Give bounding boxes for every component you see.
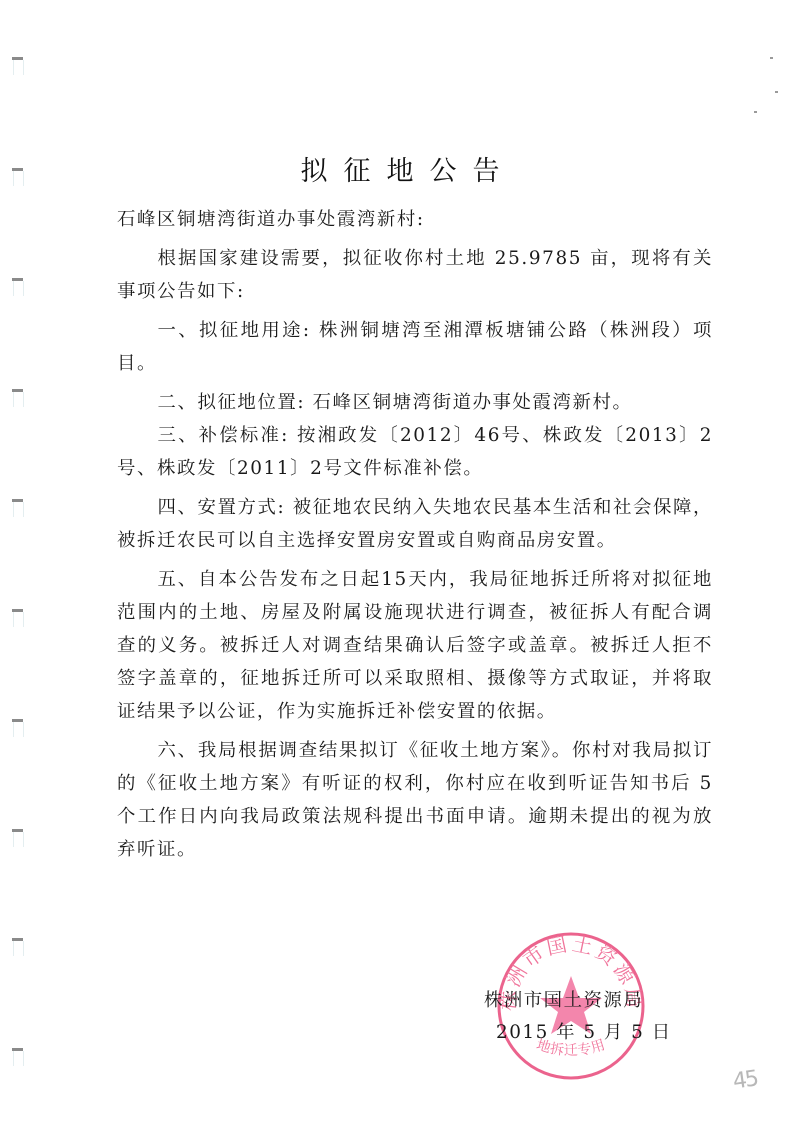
binding-margin-mark [12, 609, 23, 629]
document-title: 拟征地公告 [0, 149, 800, 188]
salutation: 石峰区铜塘湾街道办事处霞湾新村: [117, 203, 713, 236]
binding-margin-mark [12, 719, 23, 739]
signature-block: 株洲市国土资源局 2015 年 5 月 5 日 [484, 985, 672, 1049]
binding-margin-mark [12, 499, 23, 519]
binding-margin-mark [12, 57, 23, 77]
binding-margin-mark [12, 1048, 23, 1068]
binding-margin-mark [12, 278, 23, 298]
binding-margin-mark [12, 938, 23, 958]
paragraph-hearing: 六、我局根据调查结果拟订《征收土地方案》。你村对我局拟订的《征收土地方案》有听证… [117, 734, 713, 866]
paragraph-compensation: 三、补偿标准: 按湘政发〔2012〕46号、株政发〔2013〕2号、株政发〔20… [117, 419, 713, 485]
scan-speck [754, 111, 757, 113]
paragraph-intro: 根据国家建设需要，拟征收你村土地 25.9785 亩，现将有关事项公告如下: [117, 242, 713, 308]
paragraph-survey: 五、自本公告发布之日起15天内，我局征地拆迁所将对拟征地范围内的土地、房屋及附属… [117, 563, 713, 728]
paragraph-purpose: 一、拟征地用途: 株洲铜塘湾至湘潭板塘铺公路（株洲段）项目。 [117, 314, 713, 380]
paragraph-resettlement: 四、安置方式: 被征地农民纳入失地农民基本生活和社会保障，被拆迁农民可以自主选择… [117, 491, 713, 557]
issuer-name: 株洲市国土资源局 [484, 985, 672, 1017]
scan-speck [775, 91, 778, 93]
issue-date: 2015 年 5 月 5 日 [484, 1017, 672, 1049]
handwritten-page-number: 45 [731, 1066, 758, 1094]
binding-margin-mark [12, 829, 23, 849]
paragraph-location: 二、拟征地位置: 石峰区铜塘湾街道办事处霞湾新村。 [117, 386, 713, 419]
scan-speck [770, 57, 773, 59]
binding-margin-mark [12, 389, 23, 409]
document-body: 石峰区铜塘湾街道办事处霞湾新村: 根据国家建设需要，拟征收你村土地 25.978… [117, 203, 713, 866]
